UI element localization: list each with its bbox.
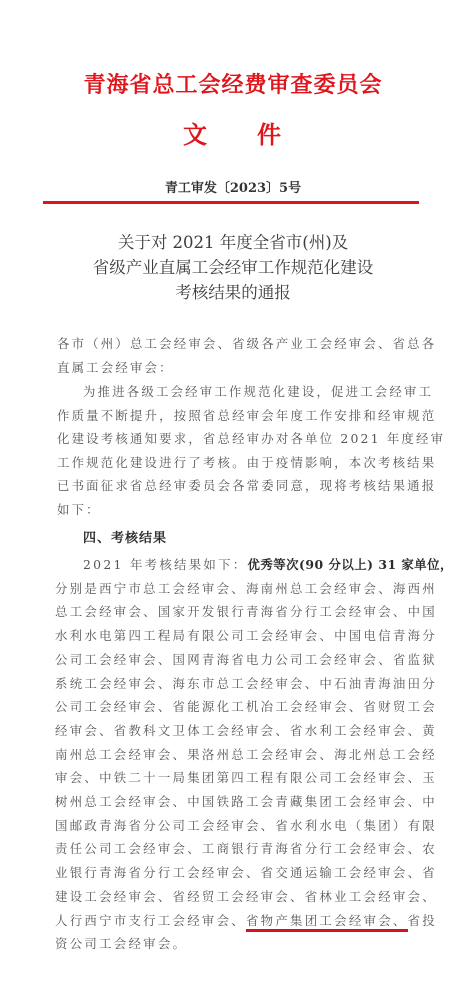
results-line: 审会、中铁二十一局集团第四工程有限公司工会经审会、玉 xyxy=(55,766,415,790)
salutation-line-1: 各市（州）总工会经审会、省级各产业工会经审会、省总各 xyxy=(57,332,411,356)
results-line: 责任公司工会经审会、工商银行青海省分行工会经审会、农 xyxy=(55,837,415,861)
red-divider-line xyxy=(43,201,419,204)
intro-line: 为推进各级工会经审工作规范化建设，促进工会经审工 xyxy=(57,380,411,404)
organization-title: 青海省总工会经费审查委员会 xyxy=(0,72,466,100)
results-line: 总工会经审会、国家开发银行青海省分行工会经审会、中国 xyxy=(55,600,415,624)
results-line: 业银行青海省分行工会经审会、省交通运输工会经审会、省 xyxy=(55,861,415,885)
results-line: 南州总工会经审会、果洛州总工会经审会、海北州总工会经 xyxy=(55,743,415,767)
document-number: 青工审发〔2023〕5号 xyxy=(0,180,466,198)
results-line: 公司工会经审会、国网青海省电力公司工会经审会、省监狱 xyxy=(55,648,415,672)
salutation-line-2: 直属工会经审会： xyxy=(57,356,411,380)
intro-line: 化建设考核通知要求，省总经审办对各单位 2021 年度经审 xyxy=(57,427,411,451)
results-lead-text: 2021 年考核结果如下： xyxy=(83,557,248,572)
section-heading: 四、考核结果 xyxy=(83,527,167,546)
salutation: 各市（州）总工会经审会、省级各产业工会经审会、省总各 直属工会经审会： xyxy=(57,332,411,379)
results-line: 公司工会经审会、省能源化工机冶工会经审会、省财贸工会 xyxy=(55,695,415,719)
results-lead-line: 2021 年考核结果如下：优秀等次(90 分以上) 31 家单位， xyxy=(55,553,415,577)
highlighted-unit: 省物产集团工会经审会、 xyxy=(246,913,408,932)
results-line: 分别是西宁市总工会经审会、海南州总工会经审会、海西州 xyxy=(55,577,415,601)
intro-line: 已书面征求省总经审委员会各常委同意，现将考核结果通报 xyxy=(57,474,411,498)
results-paragraph: 2021 年考核结果如下：优秀等次(90 分以上) 31 家单位， 分别是西宁市… xyxy=(55,553,415,956)
document-label-char-1: 文 xyxy=(183,120,207,150)
notice-title: 关于对 2021 年度全省市(州)及 省级产业直属工会经审工作规范化建设 考核结… xyxy=(0,230,466,305)
notice-title-line-2: 省级产业直属工会经审工作规范化建设 xyxy=(0,255,466,280)
intro-line: 工作规范化建设进行了考核。由于疫情影响，本次考核结果 xyxy=(57,451,411,475)
intro-line: 作质量不断提升，按照省总经审会年度工作安排和经审规范 xyxy=(57,404,411,428)
intro-paragraph: 为推进各级工会经审工作规范化建设，促进工会经审工 作质量不断提升，按照省总经审会… xyxy=(57,380,411,521)
results-line: 国邮政青海省分公司工会经审会、省水利水电（集团）有限 xyxy=(55,814,415,838)
intro-line: 如下： xyxy=(57,498,411,522)
results-line: 建设工会经审会、省经贸工会经审会、省林业工会经审会、 xyxy=(55,885,415,909)
notice-title-line-1: 关于对 2021 年度全省市(州)及 xyxy=(0,230,466,255)
notice-title-line-3: 考核结果的通报 xyxy=(0,280,466,305)
results-line-suffix: 省投 xyxy=(408,913,437,928)
results-line: 水利水电第四工程局有限公司工会经审会、中国电信青海分 xyxy=(55,624,415,648)
results-line: 树州总工会经审会、中国铁路工会青藏集团工会经审会、中 xyxy=(55,790,415,814)
results-line-prefix: 人行西宁市支行工会经审会、 xyxy=(55,913,246,928)
results-line-highlighted: 人行西宁市支行工会经审会、省物产集团工会经审会、省投 xyxy=(55,909,415,933)
document-label-char-2: 件 xyxy=(257,120,281,150)
excellent-grade-summary: 优秀等次(90 分以上) 31 家单位， xyxy=(248,557,453,572)
results-final-line: 资公司工会经审会。 xyxy=(55,932,415,956)
results-line: 系统工会经审会、海东市总工会经审会、中石油青海油田分 xyxy=(55,672,415,696)
results-line: 经审会、省教科文卫体工会经审会、省水利工会经审会、黄 xyxy=(55,719,415,743)
